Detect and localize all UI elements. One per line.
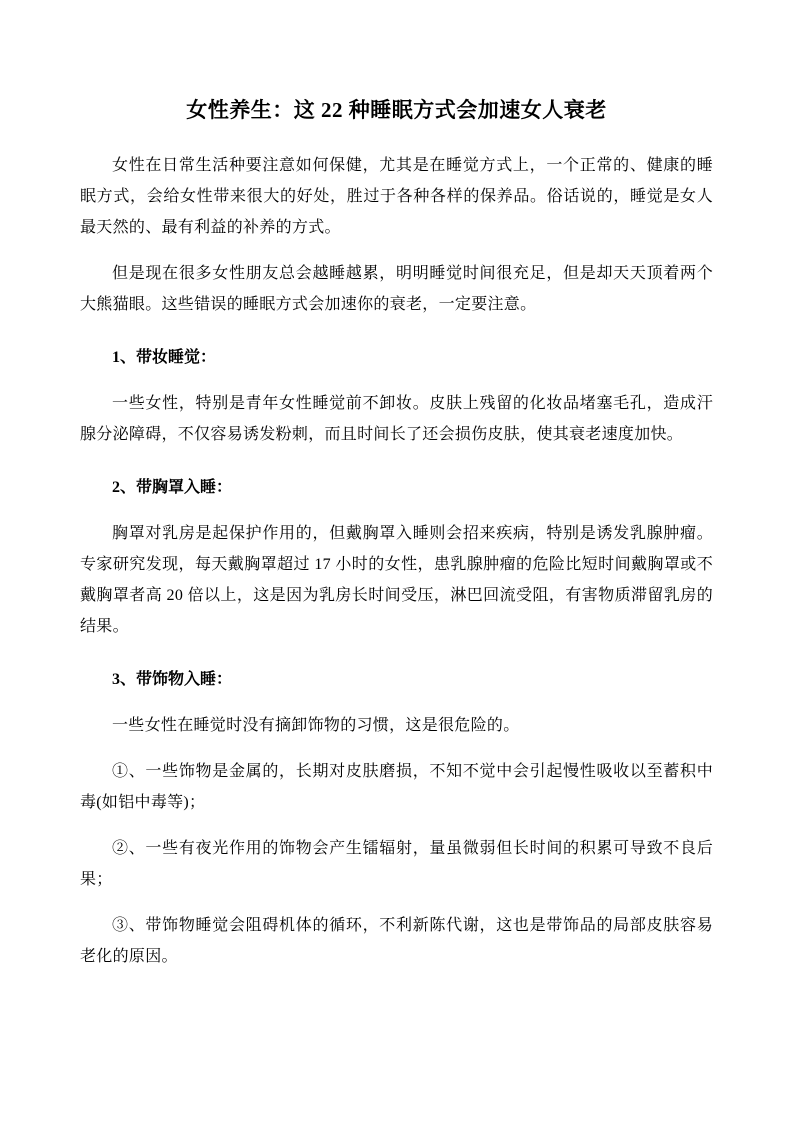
- section-3-item-3: ③、带饰物睡觉会阻碍机体的循环，不利新陈代谢，这也是带饰品的局部皮肤容易老化的原…: [80, 910, 713, 972]
- section-3-paragraph: 一些女性在睡觉时没有摘卸饰物的习惯，这是很危险的。: [80, 710, 713, 741]
- intro-paragraph: 女性在日常生活种要注意如何保健，尤其是在睡觉方式上，一个正常的、健康的睡眠方式，…: [80, 150, 713, 243]
- document-content: 女性养生：这 22 种睡眠方式会加速女人衰老 女性在日常生活种要注意如何保健，尤…: [0, 0, 793, 972]
- section-3-item-1: ①、一些饰物是金属的，长期对皮肤磨损，不知不觉中会引起慢性吸收以至蓄积中毒(如铝…: [80, 756, 713, 818]
- section-1-paragraph: 一些女性，特别是青年女性睡觉前不卸妆。皮肤上残留的化妆品堵塞毛孔，造成汗腺分泌障…: [80, 388, 713, 450]
- document-page: 女性养生：这 22 种睡眠方式会加速女人衰老 女性在日常生活种要注意如何保健，尤…: [0, 0, 793, 1122]
- section-heading-2: 2、带胸罩入睡：: [80, 472, 713, 503]
- warning-paragraph: 但是现在很多女性朋友总会越睡越累，明明睡觉时间很充足，但是却天天顶着两个大熊猫眼…: [80, 258, 713, 320]
- section-2-paragraph: 胸罩对乳房是起保护作用的，但戴胸罩入睡则会招来疾病，特别是诱发乳腺肿瘤。专家研究…: [80, 518, 713, 642]
- section-heading-3: 3、带饰物入睡：: [80, 664, 713, 695]
- document-title: 女性养生：这 22 种睡眠方式会加速女人衰老: [80, 95, 713, 126]
- section-3-item-2: ②、一些有夜光作用的饰物会产生镭辐射，量虽微弱但长时间的积累可导致不良后果；: [80, 833, 713, 895]
- section-heading-1: 1、带妆睡觉：: [80, 342, 713, 373]
